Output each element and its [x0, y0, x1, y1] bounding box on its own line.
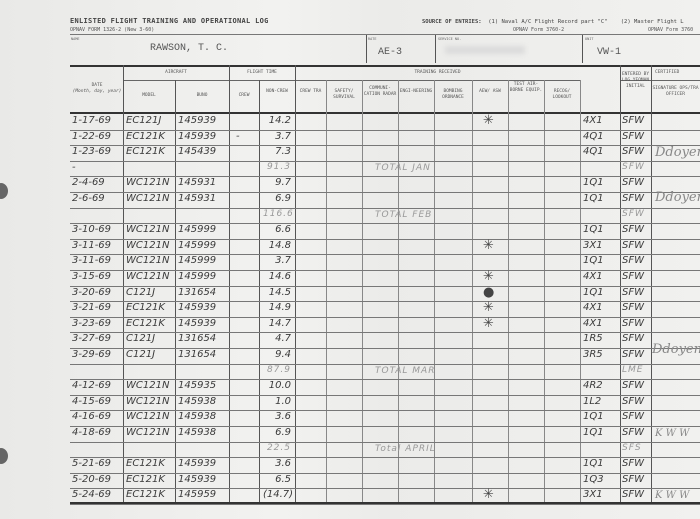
row-divider	[70, 504, 700, 505]
row-divider	[70, 442, 700, 443]
name-value: RAWSON, T. C.	[150, 43, 228, 54]
buno-cell: 131654	[178, 287, 216, 298]
col-date: DATE(Month, day, year)	[72, 83, 122, 95]
col-training-received: TRAINING RECEIVED	[295, 70, 580, 76]
monthly-total-note: Total APRIL	[375, 444, 436, 454]
signature-may: K W W	[655, 490, 689, 501]
model-cell: EC121K	[126, 474, 165, 485]
source-2: (2) Master Flight L	[621, 19, 684, 25]
buno-cell: 145999	[178, 224, 216, 235]
rate-label: RATE	[368, 37, 376, 41]
col-engineering: ENGI-NEERING	[398, 89, 434, 95]
date-cell: 2-4-69	[72, 177, 105, 188]
buno-cell: 131654	[178, 349, 216, 360]
non-crew-cell: 116.6	[263, 209, 291, 219]
non-crew-cell: 10.0	[263, 380, 291, 391]
buno-cell: 145439	[178, 146, 216, 157]
training-code-cell: 4R2	[583, 380, 603, 391]
date-cell: -	[72, 162, 76, 173]
source-1-form: OPNAV Form 3760-2	[513, 27, 564, 33]
date-cell: 2-6-69	[72, 193, 105, 204]
model-cell: WC121N	[126, 271, 169, 282]
yeoman-initial-cell: SFW	[622, 162, 645, 172]
training-code-cell: 1Q3	[583, 474, 604, 485]
date-cell: 1-17-69	[72, 115, 111, 126]
aew-asw-mark-icon: ✳	[483, 113, 494, 128]
date-cell: 4-15-69	[72, 396, 111, 407]
col-signature: SIGNATURE OPS/TRA OFFICER	[651, 86, 700, 98]
buno-cell: 145938	[178, 411, 216, 422]
non-crew-cell: 6.9	[263, 427, 291, 438]
signature-jan: Ddoyenne	[655, 145, 700, 160]
model-cell: WC121N	[126, 255, 169, 266]
date-cell: 3-11-69	[72, 240, 111, 251]
yeoman-initial-cell: SFW	[622, 240, 644, 251]
row-divider	[70, 286, 700, 287]
punch-hole	[0, 183, 8, 199]
col-safety-survival: SAFETY/ SURVIVAL	[326, 89, 362, 101]
model-cell: C121J	[126, 333, 155, 344]
yeoman-initial-cell: SFW	[622, 318, 644, 329]
row-divider	[70, 161, 700, 162]
non-crew-cell: 14.5	[263, 287, 291, 298]
non-crew-cell: 6.9	[263, 193, 291, 204]
non-crew-cell: 14.8	[263, 240, 291, 251]
col-flight-time: FLIGHT TIME	[229, 70, 295, 76]
source-label: SOURCE OF ENTRIES:	[422, 19, 482, 25]
buno-cell: 145959	[178, 489, 216, 500]
non-crew-cell: 7.3	[263, 146, 291, 157]
source-of-entries: SOURCE OF ENTRIES: (1) Naval A/C Flight …	[422, 19, 684, 25]
training-code-cell: 4X1	[583, 318, 603, 329]
model-cell: EC121K	[126, 489, 165, 500]
yeoman-initial-cell: SFW	[622, 224, 644, 235]
non-crew-cell: 91.3	[263, 162, 291, 172]
yeoman-initial-cell: SFW	[622, 489, 644, 500]
row-divider	[70, 348, 700, 349]
log-page: ENLISTED FLIGHT TRAINING AND OPERATIONAL…	[0, 0, 700, 519]
signature-feb: Ddoyenne	[655, 190, 700, 205]
date-cell: 1-22-69	[72, 131, 111, 142]
yeoman-initial-cell: SFW	[622, 146, 644, 157]
row-divider	[70, 364, 700, 365]
aew-asw-mark-icon: ✳	[483, 316, 494, 331]
yeoman-initial-cell: SFW	[622, 177, 644, 188]
buno-cell: 145938	[178, 396, 216, 407]
non-crew-cell: 3.7	[263, 131, 291, 142]
non-crew-cell: 87.9	[263, 365, 291, 375]
crew-cell: -	[236, 131, 240, 142]
yeoman-initial-cell: SFW	[622, 287, 644, 298]
training-code-cell: 1Q1	[583, 427, 604, 438]
row-divider	[70, 332, 700, 333]
model-cell: EC121J	[126, 115, 161, 126]
non-crew-cell: 3.6	[263, 458, 291, 469]
model-cell: WC121N	[126, 427, 169, 438]
model-cell: EC121K	[126, 302, 165, 313]
date-cell: 4-12-69	[72, 380, 111, 391]
model-cell: EC121K	[126, 146, 165, 157]
aew-asw-mark-icon: ●	[483, 285, 494, 300]
buno-cell: 145999	[178, 240, 216, 251]
yeoman-initial-cell: SFW	[622, 271, 644, 282]
buno-cell: 145935	[178, 380, 216, 391]
col-aew-asw: AEW/ ASW	[472, 89, 508, 95]
buno-cell: 145939	[178, 474, 216, 485]
date-cell: 3-11-69	[72, 255, 111, 266]
model-cell: WC121N	[126, 240, 169, 251]
non-crew-cell: 4.7	[263, 333, 291, 344]
yeoman-initial-cell: LME	[622, 365, 643, 375]
date-cell: 3-27-69	[72, 333, 111, 344]
buno-cell: 145939	[178, 131, 216, 142]
source-2-form: OPNAV Form 3760	[648, 27, 693, 33]
date-cell: 5-20-69	[72, 474, 111, 485]
col-communication-radar: COMMUNI-CATION RADAR	[362, 86, 398, 98]
buno-cell: 145938	[178, 427, 216, 438]
buno-cell: 145939	[178, 318, 216, 329]
date-cell: 3-21-69	[72, 302, 111, 313]
date-cell: 3-15-69	[72, 271, 111, 282]
training-code-cell: 1Q1	[583, 224, 604, 235]
model-cell: WC121N	[126, 380, 169, 391]
form-title: ENLISTED FLIGHT TRAINING AND OPERATIONAL…	[70, 17, 269, 25]
monthly-total-note: TOTAL JAN	[375, 163, 431, 173]
col-model: MODEL	[123, 93, 175, 99]
col-entered-by: ENTERED BY LOG YEOMAN INITIAL	[620, 72, 651, 90]
date-cell: 4-16-69	[72, 411, 111, 422]
training-code-cell: 1Q1	[583, 411, 604, 422]
non-crew-cell: 9.4	[263, 349, 291, 360]
non-crew-cell: 9.7	[263, 177, 291, 188]
training-code-cell: 4Q1	[583, 131, 604, 142]
model-cell: WC121N	[126, 411, 169, 422]
buno-cell: 145999	[178, 255, 216, 266]
training-code-cell: 4X1	[583, 115, 603, 126]
rate-value: AE-3	[378, 47, 402, 58]
name-label: NAME	[71, 37, 79, 41]
date-cell: 3-23-69	[72, 318, 111, 329]
training-code-cell: 4Q1	[583, 146, 604, 157]
date-cell: 3-10-69	[72, 224, 111, 235]
row-divider	[70, 208, 700, 209]
col-crew-tra: CREW TRA	[295, 89, 326, 95]
non-crew-cell: 14.9	[263, 302, 291, 313]
yeoman-initial-cell: SFW	[622, 427, 644, 438]
training-code-cell: 3X1	[583, 489, 603, 500]
col-crew: CREW	[229, 93, 259, 99]
training-code-cell: 1L2	[583, 396, 601, 407]
yeoman-initial-cell: SFW	[622, 131, 644, 142]
buno-cell: 145939	[178, 458, 216, 469]
yeoman-initial-cell: SFW	[622, 349, 644, 360]
model-cell: WC121N	[126, 177, 169, 188]
monthly-total-note: TOTAL FEB	[375, 210, 432, 220]
buno-cell: 131654	[178, 333, 216, 344]
training-code-cell: 1R5	[583, 333, 603, 344]
source-1: (1) Naval A/C Flight Record part "C"	[488, 19, 607, 25]
signature-apr: K W W	[655, 428, 689, 439]
yeoman-initial-cell: SFW	[622, 333, 644, 344]
yeoman-initial-cell: SFW	[622, 209, 645, 219]
yeoman-initial-cell: SFW	[622, 255, 644, 266]
non-crew-cell: 6.5	[263, 474, 291, 485]
training-code-cell: 1Q1	[583, 458, 604, 469]
buno-cell: 145931	[178, 177, 216, 188]
training-code-cell: 1Q1	[583, 287, 604, 298]
training-code-cell: 4X1	[583, 271, 603, 282]
unit-value: VW-1	[597, 47, 621, 58]
yeoman-initial-cell: SFW	[622, 396, 644, 407]
non-crew-cell: 14.7	[263, 318, 291, 329]
training-code-cell: 1Q1	[583, 255, 604, 266]
col-non-crew: NON-CREW	[259, 89, 295, 95]
non-crew-cell: 6.6	[263, 224, 291, 235]
non-crew-cell: (14.7)	[263, 489, 291, 500]
training-code-cell: 3X1	[583, 240, 603, 251]
date-cell: 5-21-69	[72, 458, 111, 469]
yeoman-initial-cell: SFW	[622, 115, 644, 126]
non-crew-cell: 3.7	[263, 255, 291, 266]
yeoman-initial-cell: SFW	[622, 380, 644, 391]
yeoman-initial-cell: SFW	[622, 458, 644, 469]
yeoman-initial-cell: SFW	[622, 193, 644, 204]
date-cell: 4-18-69	[72, 427, 111, 438]
date-cell: 3-29-69	[72, 349, 111, 360]
aew-asw-mark-icon: ✳	[483, 300, 494, 315]
non-crew-cell: 14.6	[263, 271, 291, 282]
model-cell: WC121N	[126, 224, 169, 235]
punch-hole	[0, 448, 8, 464]
non-crew-cell: 1.0	[263, 396, 291, 407]
buno-cell: 145939	[178, 302, 216, 313]
form-number: OPNAV FORM 1326-2 (New 3-60)	[70, 27, 154, 33]
model-cell: WC121N	[126, 193, 169, 204]
col-aircraft: AIRCRAFT	[123, 70, 229, 76]
model-cell: C121J	[126, 287, 155, 298]
yeoman-initial-cell: SFW	[622, 302, 644, 313]
monthly-total-note: TOTAL MAR	[375, 366, 435, 376]
col-buno: BUNO	[175, 93, 229, 99]
non-crew-cell: 3.6	[263, 411, 291, 422]
model-cell: EC121K	[126, 458, 165, 469]
model-cell: C121J	[126, 349, 155, 360]
model-cell: WC121N	[126, 396, 169, 407]
redacted-service-no	[445, 46, 525, 54]
model-cell: EC121K	[126, 318, 165, 329]
yeoman-initial-cell: SFW	[622, 474, 644, 485]
unit-label: UNIT	[585, 37, 593, 41]
buno-cell: 145939	[178, 115, 216, 126]
non-crew-cell: 14.2	[263, 115, 291, 126]
col-bombing-ordnance: BOMBING ORDNANCE	[434, 89, 472, 101]
date-cell: 1-23-69	[72, 146, 111, 157]
yeoman-initial-cell: SFW	[622, 411, 644, 422]
signature-mar: Ddoyenne	[652, 342, 700, 357]
col-test-airborne-equip: TEST AIR-BORNE EQUIP.	[508, 82, 544, 94]
model-cell: EC121K	[126, 131, 165, 142]
training-code-cell: 3R5	[583, 349, 603, 360]
date-cell: 3-20-69	[72, 287, 111, 298]
training-code-cell: 4X1	[583, 302, 603, 313]
col-recog-lookout: RECOG/ LOOKOUT	[544, 89, 580, 101]
aew-asw-mark-icon: ✳	[483, 269, 494, 284]
buno-cell: 145931	[178, 193, 216, 204]
training-code-cell: 1Q1	[583, 177, 604, 188]
training-code-cell: 1Q1	[583, 193, 604, 204]
col-certified: CERTIFIED	[651, 70, 700, 76]
yeoman-initial-cell: SFS	[622, 443, 642, 453]
buno-cell: 145999	[178, 271, 216, 282]
service-no-label: SERVICE NO.	[438, 37, 461, 41]
aew-asw-mark-icon: ✳	[483, 238, 494, 253]
aew-asw-mark-icon: ✳	[483, 487, 494, 502]
date-cell: 5-24-69	[72, 489, 111, 500]
divider	[70, 34, 700, 35]
non-crew-cell: 22.5	[263, 443, 291, 453]
